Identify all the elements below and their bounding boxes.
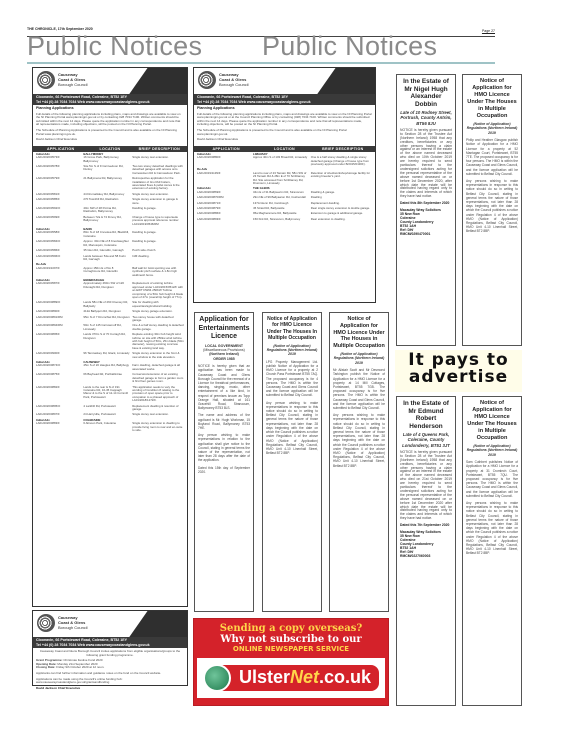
table-row: LA01/2020/0874/O45m S of 20 Haugles Rd, … — [36, 364, 184, 371]
ulsternet-brand: UlsterNet.co.uk — [239, 667, 371, 687]
table-row: LA01/2020/0891/RM95m N of 7 Drumchiel Rd… — [36, 316, 184, 323]
solicitor-address: Macaulay Wray Solicitors35 New RowColera… — [400, 531, 452, 558]
table-row: LA01/2020/0596/OLands between 54a and 58… — [36, 255, 184, 262]
table-row: LA01/2020/0870/RM29m NE of 99 Ballyaaron… — [197, 196, 372, 199]
table-row: LA01/2020/0880/FApprox 40m S of 103 Broa… — [197, 156, 372, 166]
table-row: LA01/2020/0895/FLands 370m S of 70 Curra… — [36, 333, 184, 350]
table-row: LA01/2019/1097/FApprox 150m E of No 8 Cu… — [36, 267, 184, 277]
planning-applications-box-2: CausewayCoast & GlensBorough Council Clo… — [193, 67, 376, 303]
grant-body: Causeway Coast and Glens Borough Council… — [33, 648, 187, 694]
table-row: LA01/2020/0890/F412A Ballyquin Rd, Dungi… — [36, 310, 184, 313]
table-row: LA01/2020/0897/F24 Harryville, Portstewa… — [36, 413, 184, 416]
planning-applications-box-1: CausewayCoast & GlensBorough Council Clo… — [32, 67, 188, 607]
table-row: LA01/2020/0900/F96 Tamnaskey Rd, Glack, … — [36, 352, 184, 359]
council-logo-icon — [37, 614, 55, 632]
table-row: LA01/2019/1139/FLand to rear of 23 Tamai… — [197, 172, 372, 186]
globe-icon — [203, 664, 231, 692]
table-row: LA01/2020/0599/FBetween 72a & 74 Finvoy … — [36, 216, 184, 226]
council-contact-bar: Cloonavin, 66 Portstewart Road, Colerain… — [33, 637, 187, 648]
table-row: LA01/2020/0889/OLands 58m NE of 260 Cloo… — [36, 301, 184, 308]
table-row: LA01/2020/0579/F21 Ballymena Rd, Ballymo… — [36, 177, 184, 191]
table-row: LA01/2020/0586/F35 Glen Rd, Glenullin, G… — [36, 249, 184, 252]
header-swoosh — [123, 68, 187, 94]
table-row: LA01/2020/0578/FSite 5m S of 9 Carnvedoo… — [36, 165, 184, 175]
section-title-right: Public Notices — [262, 33, 437, 60]
table-row: LA01/2020/0886/F95a Magheramore Rd, Ball… — [197, 212, 372, 215]
table-row: LA01/2020/0584/OApprox. 30m NE of 8 Knoc… — [36, 240, 184, 247]
entertainments-licence-notice: Application for Entertainments Licence L… — [194, 312, 254, 612]
table-row: LA01/2020/0585/F270 Townhill Rd, Rashark… — [36, 198, 184, 205]
section-title-left: Public Notices — [27, 33, 202, 60]
table-row: LA01/2020/0592/O40m NW of 28 Portna Rd, … — [36, 207, 184, 214]
table-row: LA01/2020/0879/F45 Straid Rd, Ballycastl… — [197, 207, 372, 210]
council-name: CausewayCoast & GlensBorough Council — [58, 615, 88, 630]
ulsternet-logo[interactable]: UlsterNet.co.uk — [197, 658, 385, 698]
ulsternet-subscription-ad[interactable]: Sending a copy overseas? Why not subscri… — [193, 618, 389, 706]
table-row: LA01/2020/0587/FApproximately 460m SW of… — [36, 282, 184, 299]
table-row: LA01/2020/0883/F6 Altnoon Park, Colerain… — [36, 422, 184, 432]
header-swoosh — [311, 68, 375, 94]
grant-funding-box: CausewayCoast & GlensBorough Council Clo… — [32, 610, 188, 686]
table-row: LA01/2020/0573/F16 Grove Park, Ballymone… — [36, 156, 184, 163]
council-header: CausewayCoast & GlensBorough Council — [194, 68, 375, 94]
table-row: LA01/2020/0894/RM50m S of 145 Carrowmuff… — [36, 324, 184, 331]
table-row: LA01/2020/0875/F66 Bayhead Rd, Portballi… — [36, 373, 184, 383]
page-number: Page 27 — [482, 29, 495, 33]
council-contact-bar: Cloonavin, 66 Portstewart Road, Colerain… — [194, 94, 375, 105]
planning-intro: Planning Applications Full details of th… — [33, 105, 187, 146]
council-name: CausewayCoast & GlensBorough Council — [58, 72, 88, 87]
header-swoosh — [123, 611, 187, 637]
council-header: CausewayCoast & GlensBorough Council — [33, 68, 187, 94]
table-row: LA01/2020/0893/F150 Kirk Rd, Stranocum, … — [197, 218, 372, 221]
estate-notice-dobbin: In the Estate of Mr Nigel Hugh Alexander… — [396, 74, 456, 346]
hmo-notice-mill-cottages: Notice of Application for HMO Licence Un… — [329, 312, 389, 612]
council-logo-icon — [37, 71, 55, 89]
it-pays-to-advertise-ad[interactable]: It pays to advertise — [395, 350, 522, 392]
council-header: CausewayCoast & GlensBorough Council — [33, 611, 187, 637]
table-row: LA01/2020/0895/O4 Larkhill Rd, Portstewa… — [36, 405, 184, 412]
hmo-notice-cromlech-court: Notice of Application for HMO Licence Un… — [462, 396, 522, 706]
hmo-notice-mantagan-court: Notice of Application for HMO Licence Un… — [462, 74, 522, 346]
planning-intro: Planning Applications Full details of th… — [194, 105, 375, 146]
table-row: LA01/2020/0869/F34m E of 31 Ballyteerim … — [197, 191, 372, 194]
table-row: LA01/2020/0882/FLands to the rear & N of… — [36, 386, 184, 403]
banner-rule — [27, 62, 495, 64]
planning-table: Initial AdvBALLYMONEYLA01/2020/0573/F16 … — [33, 152, 187, 436]
table-row: LA01/2020/0581/F44 Drumaliskey Rd, Bally… — [36, 193, 184, 196]
estate-notice-henderson: In the Estate of Mr Edmund Robert Hender… — [396, 396, 456, 706]
council-logo-icon — [198, 71, 216, 89]
table-row: LA01/2020/0871/F137A Glenn Rd, CamboughR… — [197, 202, 372, 205]
council-contact-bar: Cloonavin, 66 Portstewart Road, Colerain… — [33, 94, 187, 105]
hmo-notice-church-pass: Notice of Application for HMO Licence Un… — [262, 312, 322, 612]
planning-table: Initial AdvLIMAVADYLA01/2020/0880/FAppro… — [194, 152, 375, 225]
solicitor-address: Macaulay Wray Solicitors35 New RowColera… — [400, 209, 452, 236]
table-row: LA01/2020/0558/F80m N of 18 Crevolea Rd,… — [36, 231, 184, 238]
council-name: CausewayCoast & GlensBorough Council — [219, 72, 249, 87]
